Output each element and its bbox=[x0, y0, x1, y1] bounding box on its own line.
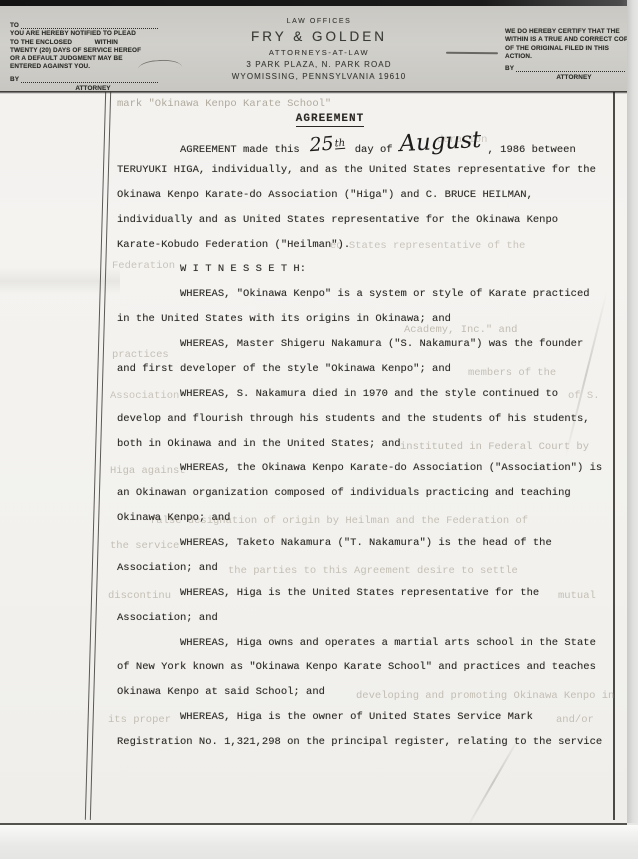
typed-line: and first developer of the style "Okinaw… bbox=[117, 357, 617, 382]
notice-text-line: WITHIN IS A TRUE AND CORRECT COPY bbox=[505, 36, 625, 44]
notice-text-line: TO THE ENCLOSED WITHIN bbox=[10, 39, 158, 47]
document-page: TO YOU ARE HEREBY NOTIFIED TO PLEADTO TH… bbox=[0, 0, 627, 823]
notice-text-line: TWENTY (20) DAYS OF SERVICE HEREOF bbox=[10, 47, 158, 55]
document-title: AGREEMENT bbox=[296, 113, 364, 127]
attorney-label: ATTORNEY bbox=[505, 74, 625, 82]
handwritten-day: 25th bbox=[299, 130, 356, 159]
typed-line: Okinawa Kenpo Karate-do Association ("Hi… bbox=[117, 183, 617, 208]
scanner-background bbox=[0, 825, 638, 859]
typed-line: Okinawa Kenpo at said School; and bbox=[117, 680, 617, 705]
typed-line: individually and as United States repres… bbox=[117, 208, 617, 233]
typed-line: WHEREAS, Master Shigeru Nakamura ("S. Na… bbox=[117, 332, 617, 357]
firm-address-line2: WYOMISSING, PENNSYLVANIA 19610 bbox=[194, 72, 444, 81]
typed-line: WHEREAS, Higa owns and operates a martia… bbox=[117, 631, 617, 656]
left-margin-rule bbox=[85, 92, 111, 820]
scanner-background bbox=[627, 0, 638, 823]
date-line-text: AGREEMENT made this bbox=[117, 144, 300, 156]
typed-line: in the United States with its origins in… bbox=[117, 307, 617, 332]
scanned-document: TO YOU ARE HEREBY NOTIFIED TO PLEADTO TH… bbox=[0, 0, 638, 859]
typed-line: Karate-Kobudo Federation ("Heilman"). bbox=[117, 233, 617, 258]
by-line: BY bbox=[10, 76, 158, 84]
typed-line: Registration No. 1,321,298 on the princi… bbox=[117, 730, 617, 755]
typed-line: both in Okinawa and in the United States… bbox=[117, 432, 617, 457]
document-body: AGREEMENT made this25thday ofAugust, 198… bbox=[117, 133, 617, 755]
firm-block: LAW OFFICES FRY & GOLDEN ATTORNEYS-AT-LA… bbox=[194, 18, 444, 81]
by-label: BY bbox=[10, 76, 19, 84]
typed-line: Okinawa Kenpo; and bbox=[117, 506, 617, 531]
typed-line: TERUYUKI HIGA, individually, and as the … bbox=[117, 158, 617, 183]
attorneys-at-law-label: ATTORNEYS-AT-LAW bbox=[194, 48, 444, 57]
typed-line: WHEREAS, "Okinawa Kenpo" is a system or … bbox=[117, 282, 617, 307]
letterhead: TO YOU ARE HEREBY NOTIFIED TO PLEADTO TH… bbox=[0, 6, 627, 91]
certify-notice: WE DO HEREBY CERTIFY THAT THEWITHIN IS A… bbox=[505, 28, 625, 83]
date-line-text: day of bbox=[355, 144, 393, 156]
by-line: BY bbox=[505, 65, 625, 73]
firm-name: FRY & GOLDEN bbox=[194, 29, 444, 44]
attorney-label: ATTORNEY bbox=[10, 85, 158, 93]
dotted-fill-line bbox=[516, 65, 625, 72]
dotted-fill-line bbox=[21, 22, 158, 29]
typed-line: develop and flourish through his student… bbox=[117, 407, 617, 432]
typed-line: W I T N E S S E T H: bbox=[117, 257, 617, 282]
typed-line: Association; and bbox=[117, 556, 617, 581]
typed-line: Association; and bbox=[117, 606, 617, 631]
typed-line: of New York known as "Okinawa Kenpo Kara… bbox=[117, 655, 617, 680]
typed-line: an Okinawan organization composed of ind… bbox=[117, 481, 617, 506]
notice-text-line: YOU ARE HEREBY NOTIFIED TO PLEAD bbox=[10, 30, 158, 38]
date-line-text: , 1986 between bbox=[488, 144, 576, 156]
typed-line: WHEREAS, Taketo Nakamura ("T. Nakamura")… bbox=[117, 531, 617, 556]
notice-text-line: ACTION. bbox=[505, 53, 625, 61]
typed-line: WHEREAS, Higa is the owner of United Sta… bbox=[117, 705, 617, 730]
notice-text-line: ENTERED AGAINST YOU. bbox=[10, 63, 158, 71]
handwritten-month: August bbox=[392, 128, 488, 158]
notice-text-line: OF THE ORIGINAL FILED IN THIS bbox=[505, 45, 625, 53]
plead-notice: TO YOU ARE HEREBY NOTIFIED TO PLEADTO TH… bbox=[10, 22, 158, 93]
date-line: AGREEMENT made this25thday ofAugust, 198… bbox=[117, 133, 617, 158]
paper-crease bbox=[0, 268, 120, 294]
typed-line: WHEREAS, S. Nakamura died in 1970 and th… bbox=[117, 382, 617, 407]
dotted-fill-line bbox=[21, 76, 158, 83]
firm-address-line1: 3 PARK PLAZA, N. PARK ROAD bbox=[194, 60, 444, 69]
by-label: BY bbox=[505, 65, 514, 73]
law-offices-label: LAW OFFICES bbox=[194, 18, 444, 25]
typed-line: WHEREAS, Higa is the United States repre… bbox=[117, 581, 617, 606]
typed-line: WHEREAS, the Okinawa Kenpo Karate-do Ass… bbox=[117, 456, 617, 481]
pen-smudge bbox=[446, 52, 498, 55]
